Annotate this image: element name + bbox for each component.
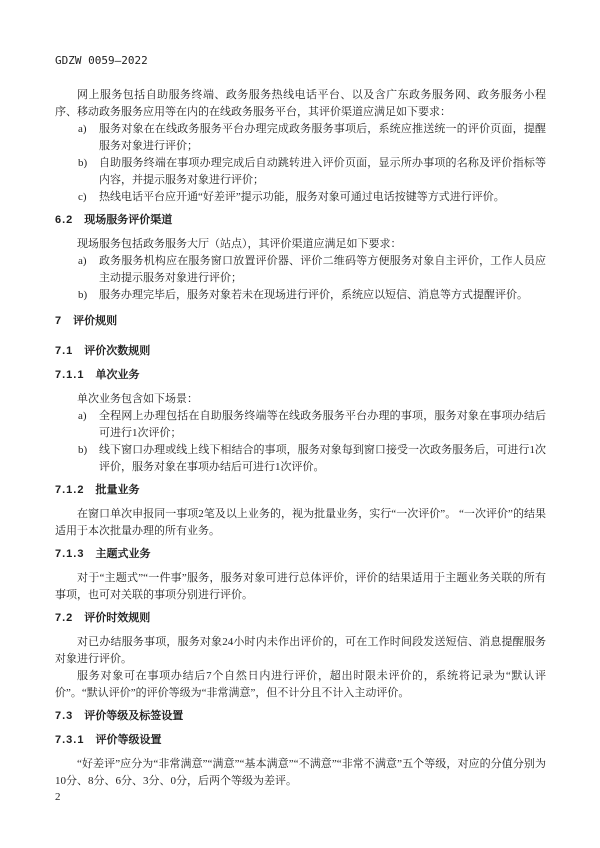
theme-business-paragraph: 对于“主题式”“一件事”服务，服务对象可进行总体评价，评价的结果适用于主题业务关… [55, 570, 546, 604]
list-item-a: a) 政务服务机构应在服务窗口放置评价器、评价二维码等方便服务对象自主评价，工作… [55, 253, 546, 287]
section-heading-7-1-1: 7.1.1单次业务 [55, 367, 546, 384]
list-item-b: b) 服务办理完毕后，服务对象若未在现场进行评价，系统应以短信、消息等方式提醒评… [55, 287, 546, 304]
list-item-text: 线下窗口办理或线上线下相结合的事项，服务对象每到窗口接受一次政务服务后，可进行1… [99, 444, 546, 473]
online-channels-intro-paragraph: 网上服务包括自助服务终端、政务服务热线电话平台、以及含广东政务服务网、政务服务小… [55, 87, 546, 121]
onsite-channels-list: a) 政务服务机构应在服务窗口放置评价器、评价二维码等方便服务对象自主评价，工作… [55, 253, 546, 304]
page-number: 2 [55, 789, 61, 806]
section-title: 评价次数规则 [84, 345, 150, 357]
list-marker: b) [78, 442, 87, 459]
section-title: 批量业务 [95, 484, 139, 496]
list-item-text: 全程网上办理包括在自助服务终端等在线政务服务平台办理的事项，服务对象在事项办结后… [99, 410, 546, 439]
section-number: 7.3.1 [55, 734, 84, 746]
chapter-heading-7: 7评价规则 [55, 313, 546, 330]
section-number: 7.1.3 [55, 548, 84, 560]
section-number: 7.1 [55, 345, 73, 357]
list-item-text: 服务办理完毕后，服务对象若未在现场进行评价，系统应以短信、消息等方式提醒评价。 [99, 289, 528, 301]
list-item-text: 政务服务机构应在服务窗口放置评价器、评价二维码等方便服务对象自主评价，工作人员应… [99, 255, 546, 284]
section-heading-6-2: 6.2现场服务评价渠道 [55, 212, 546, 229]
section-title: 评价等级及标签设置 [84, 710, 183, 722]
single-business-intro-paragraph: 单次业务包含如下场景： [55, 391, 546, 408]
section-number: 7.1.2 [55, 484, 84, 496]
doc-code: GDZW 0059—2022 [55, 52, 546, 69]
document-page: GDZW 0059—2022 网上服务包括自助服务终端、政务服务热线电话平台、以… [0, 0, 600, 848]
list-item-a: a) 全程网上办理包括在自助服务终端等在线政务服务平台办理的事项，服务对象在事项… [55, 408, 546, 442]
list-item-text: 服务对象在在线政务服务平台办理完成政务服务事项后，系统应推送统一的评价页面，提醒… [99, 123, 546, 152]
section-heading-7-1: 7.1评价次数规则 [55, 343, 546, 360]
section-number: 7.1.1 [55, 369, 84, 381]
onsite-channels-intro-paragraph: 现场服务包括政务服务大厅（站点），其评价渠道应满足如下要求： [55, 236, 546, 253]
list-item-b: b) 自助服务终端在事项办理完成后自动跳转进入评价页面，显示所办事项的名称及评价… [55, 155, 546, 189]
list-marker: a) [78, 121, 87, 138]
section-heading-7-3: 7.3评价等级及标签设置 [55, 708, 546, 725]
section-title: 评价规则 [73, 315, 117, 327]
list-item-b: b) 线下窗口办理或线上线下相结合的事项，服务对象每到窗口接受一次政务服务后，可… [55, 442, 546, 476]
list-item-text: 热线电话平台应开通“好差评”提示功能，服务对象可通过电话按键等方式进行评价。 [99, 191, 505, 203]
list-marker: b) [78, 155, 87, 172]
section-heading-7-2: 7.2评价时效规则 [55, 610, 546, 627]
section-heading-7-1-3: 7.1.3主题式业务 [55, 546, 546, 563]
grade-setting-paragraph: “好差评”应分为“非常满意”“满意”“基本满意”“不满意”“非常不满意”五个等级… [55, 756, 546, 790]
list-item-c: c) 热线电话平台应开通“好差评”提示功能，服务对象可通过电话按键等方式进行评价… [55, 189, 546, 206]
section-title: 单次业务 [95, 369, 139, 381]
time-rule-paragraph-1: 对已办结服务事项，服务对象24小时内未作出评价的，可在工作时间段发送短信、消息提… [55, 634, 546, 668]
list-marker: a) [78, 408, 87, 425]
section-number: 7.2 [55, 612, 73, 624]
list-item-a: a) 服务对象在在线政务服务平台办理完成政务服务事项后，系统应推送统一的评价页面… [55, 121, 546, 155]
section-heading-7-3-1: 7.3.1评价等级设置 [55, 732, 546, 749]
list-marker: b) [78, 287, 87, 304]
section-number: 7.3 [55, 710, 73, 722]
list-marker: a) [78, 253, 87, 270]
list-marker: c) [78, 189, 87, 206]
time-rule-paragraph-2: 服务对象可在事项办结后7个自然日内进行评价，超出时限未评价的，系统将记录为“默认… [55, 668, 546, 702]
section-heading-7-1-2: 7.1.2批量业务 [55, 482, 546, 499]
section-title: 评价等级设置 [95, 734, 161, 746]
section-title: 评价时效规则 [84, 612, 150, 624]
list-item-text: 自助服务终端在事项办理完成后自动跳转进入评价页面，显示所办事项的名称及评价指标等… [99, 157, 546, 186]
single-business-list: a) 全程网上办理包括在自助服务终端等在线政务服务平台办理的事项，服务对象在事项… [55, 408, 546, 476]
batch-business-paragraph: 在窗口单次申报同一事项2笔及以上业务的，视为批量业务，实行“一次评价”。 “一次… [55, 506, 546, 540]
section-number: 7 [55, 315, 62, 327]
section-number: 6.2 [55, 214, 73, 226]
online-channels-list: a) 服务对象在在线政务服务平台办理完成政务服务事项后，系统应推送统一的评价页面… [55, 121, 546, 206]
section-title: 现场服务评价渠道 [84, 214, 172, 226]
section-title: 主题式业务 [95, 548, 150, 560]
